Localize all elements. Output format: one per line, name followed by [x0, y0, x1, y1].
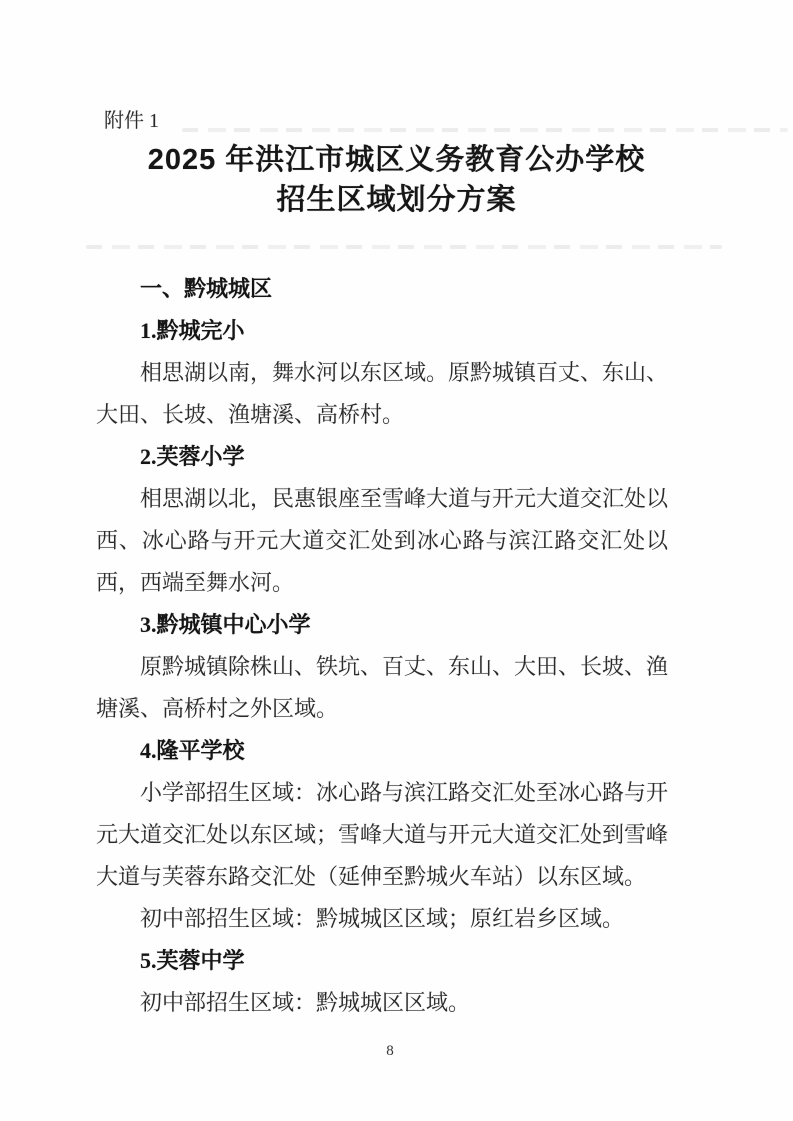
item-heading-furong-middle: 5.芙蓉中学 [96, 940, 668, 982]
section-heading-qiancheng-urban: 一、黔城城区 [96, 268, 668, 310]
item-heading-qiancheng-central-primary: 3.黔城镇中心小学 [96, 604, 668, 646]
paragraph-qiancheng-central-primary-zone: 原黔城镇除株山、铁坑、百丈、东山、大田、长坡、渔塘溪、高桥村之外区域。 [96, 646, 668, 730]
paragraph-furong-middle-zone: 初中部招生区域：黔城城区区域。 [96, 982, 668, 1024]
document-title-line2: 招生区域划分方案 [0, 180, 793, 220]
paragraph-furong-primary-zone: 相思湖以北，民惠银座至雪峰大道与开元大道交汇处以西、冰心路与开元大道交汇处到冰心… [96, 478, 668, 604]
document-page: 附件 1 2025 年洪江市城区义务教育公办学校 招生区域划分方案 一、黔城城区… [0, 0, 793, 1121]
scan-artifact-top [182, 128, 788, 132]
scan-artifact-mid [86, 245, 722, 249]
document-title-line1: 2025 年洪江市城区义务教育公办学校 [0, 140, 793, 180]
item-heading-qiancheng-wanxiao: 1.黔城完小 [96, 310, 668, 352]
item-heading-longping-school: 4.隆平学校 [96, 730, 668, 772]
paragraph-qiancheng-wanxiao-zone: 相思湖以南，舞水河以东区域。原黔城镇百丈、东山、大田、长坡、渔塘溪、高桥村。 [96, 352, 668, 436]
paragraph-longping-primary-zone: 小学部招生区域：冰心路与滨江路交汇处至冰心路与开元大道交汇处以东区域；雪峰大道与… [96, 772, 668, 898]
page-number: 8 [0, 1041, 780, 1061]
document-body: 一、黔城城区 1.黔城完小 相思湖以南，舞水河以东区域。原黔城镇百丈、东山、大田… [96, 268, 668, 1024]
item-heading-furong-primary: 2.芙蓉小学 [96, 436, 668, 478]
attachment-label: 附件 1 [104, 106, 159, 136]
paragraph-longping-junior-zone: 初中部招生区域：黔城城区区域；原红岩乡区域。 [96, 898, 668, 940]
document-title: 2025 年洪江市城区义务教育公办学校 招生区域划分方案 [0, 140, 793, 220]
